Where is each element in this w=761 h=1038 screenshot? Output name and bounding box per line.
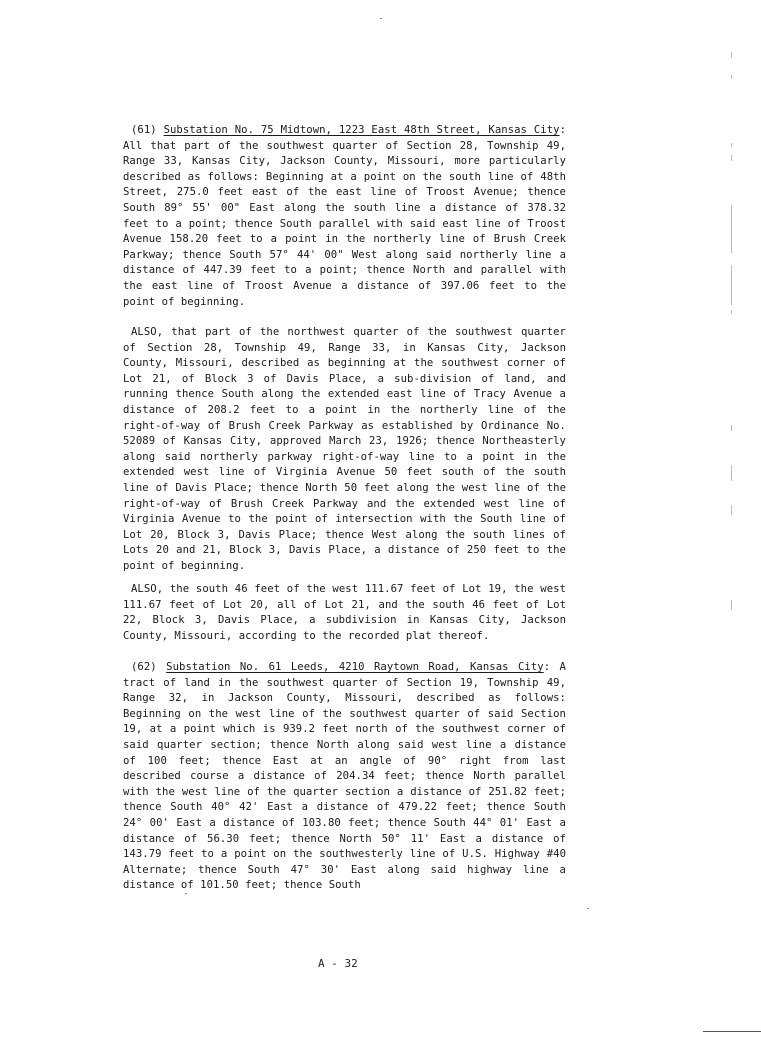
scan-margin-mark [731, 155, 732, 161]
paragraph-62: (62) Substation No. 61 Leeds, 4210 Rayto… [123, 660, 566, 894]
scan-margin-mark [731, 310, 732, 314]
paragraph-body: ALSO, the south 46 feet of the west 111.… [123, 582, 566, 644]
paragraph-number: (61) [131, 124, 157, 136]
paragraph-also-northwest-quarter: ALSO, that part of the northwest quarter… [123, 325, 566, 575]
scan-margin-mark [731, 143, 732, 147]
scan-speck [380, 18, 382, 19]
paragraph-number: (62) [131, 661, 157, 673]
scan-margin-mark [731, 265, 732, 305]
scan-speck [587, 908, 589, 909]
scan-margin-mark [731, 425, 732, 431]
document-page: (61) Substation No. 75 Midtown, 1223 Eas… [0, 0, 761, 1038]
scan-margin-mark [731, 600, 732, 610]
paragraph-also-lots: ALSO, the south 46 feet of the west 111.… [123, 582, 566, 644]
paragraph-body: ALSO, that part of the northwest quarter… [123, 325, 566, 575]
paragraph-heading: Substation No. 75 Midtown, 1223 East 48t… [164, 124, 560, 136]
paragraph-body: : All that part of the southwest quarter… [123, 124, 566, 308]
scan-margin-mark [731, 505, 732, 515]
scan-corner-rule [703, 1031, 761, 1032]
paragraph-body: : A tract of land in the southwest quart… [123, 661, 566, 891]
scan-margin-mark [731, 465, 732, 481]
paragraph-61: (61) Substation No. 75 Midtown, 1223 Eas… [123, 123, 566, 310]
page-number: A - 32 [318, 957, 358, 970]
paragraph-heading: Substation No. 61 Leeds, 4210 Raytown Ro… [166, 661, 544, 673]
scan-margin-mark [731, 205, 732, 253]
scan-margin-mark [731, 52, 732, 58]
scan-speck [185, 893, 187, 894]
scan-margin-mark [731, 75, 732, 79]
